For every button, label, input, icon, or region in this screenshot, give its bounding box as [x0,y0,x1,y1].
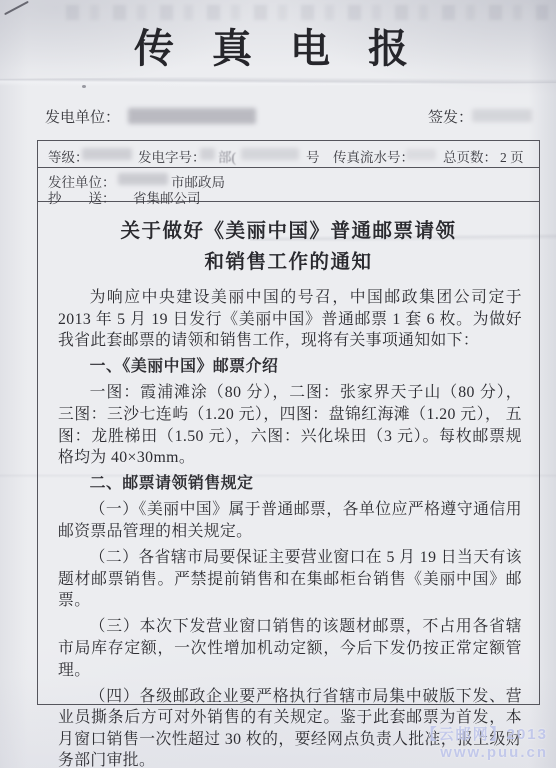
para-rule-3: （三）本次下发营业窗口销售的该题材邮票，不占用各省辖市局库存定额，一次性增加机动… [58,616,522,681]
para-intro: 为响应中央建设美丽中国的号召，中国邮政集团公司定于 2013 年 5 月 19 … [58,287,522,352]
notice-paragraphs: 为响应中央建设美丽中国的号召，中国邮政集团公司定于 2013 年 5 月 19 … [58,287,522,768]
pen-mark [4,1,29,16]
watermark-line1: 【云邮网】2013 [422,726,548,744]
redacted-fax-serial [406,149,436,160]
notice-title-line1: 关于做好《美丽中国》普通邮票请领 [48,216,529,247]
cc-value: 省集邮公司 [133,187,201,207]
section-heading-stamp-intro: 一、《美丽中国》邮票介绍 [58,356,522,378]
redacted-grade [82,148,132,160]
fax-telegram-scan: 传 真 电 报 发电单位： 签发： 等级： 发电字号： 部( 号 传真流水号： … [0,0,556,768]
page-title: 传 真 电 报 [0,17,556,74]
doc-number-label: 发电字号： [138,146,206,166]
fax-form-box: 等级： 发电字号： 部( 号 传真流水号： 总页数： 2 页 发往单位： 市邮政… [37,140,540,705]
section-heading-sales-rules: 二、邮票请领销售规定 [58,473,522,495]
cc-label: 抄 送： [48,187,116,207]
redacted-doc-number [241,148,299,160]
meta-row-top: 等级： 发电字号： 部( 号 传真流水号： 总页数： 2 页 [38,141,539,168]
watermark-line2: www.puu.cn [422,744,548,762]
sign-label: 签发： [428,106,473,127]
notice-title: 关于做好《美丽中国》普通邮票请领 和销售工作的通知 [48,216,529,278]
meta-row-recipients: 发往单位： 市邮政局 抄 送： 省集邮公司 [38,168,539,202]
sender-unit-label: 发电单位： [45,106,120,127]
para-rule-1: （一）《美丽中国》属于普通邮票，各单位应严格遵守通信用邮资票品管理的相关规定。 [58,499,522,542]
notice-title-line2: 和销售工作的通知 [48,247,529,278]
notice-body: 关于做好《美丽中国》普通邮票请领 和销售工作的通知 为响应中央建设美丽中国的号召… [38,216,539,768]
doc-number-fragment: 部( [218,146,236,166]
header-line: 发电单位： 签发： [0,106,556,128]
fax-serial-label: 传真流水号： [333,146,414,166]
site-watermark: 【云邮网】2013 www.puu.cn [422,726,548,762]
para-rule-2: （二）各省辖市局要保证主要营业窗口在 5 月 19 日当天有该题材邮票销售。严禁… [58,547,522,612]
para-stamp-designs: 一图：霞浦滩涂（80 分），二图：张家界天子山（80 分）， 三图：三沙七连屿（… [58,382,522,468]
redacted-city-name [118,173,168,185]
total-pages-value: 2 页 [500,146,524,166]
pen-dot [82,85,86,88]
redacted-sender-unit [128,108,256,124]
total-pages-label: 总页数： [443,146,497,166]
redacted-signer [472,109,532,122]
doc-number-suffix: 号 [306,146,320,166]
redacted-doc-number [200,148,215,160]
